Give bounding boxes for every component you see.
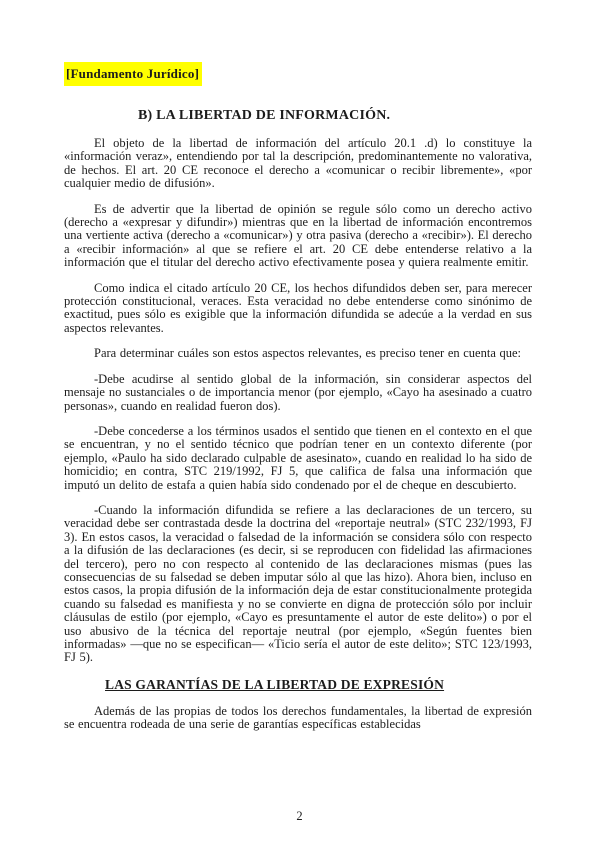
document-content: [Fundamento Jurídico] B) LA LIBERTAD DE … (64, 62, 532, 744)
paragraph-item-sentido-global: -Debe acudirse al sentido global de la i… (64, 373, 532, 413)
paragraph-garantias-intro: Además de las propias de todos los derec… (64, 705, 532, 732)
tag-line: [Fundamento Jurídico] (64, 62, 532, 86)
paragraph-objeto-libertad: El objeto de la libertad de información … (64, 137, 532, 191)
paragraph-item-terminos-contexto: -Debe concederse a los términos usados e… (64, 425, 532, 492)
page-number: 2 (0, 809, 599, 824)
paragraph-item-reportaje-neutral: -Cuando la información difundida se refi… (64, 504, 532, 665)
heading-garantias-libertad-expresion: LAS GARANTÍAS DE LA LIBERTAD DE EXPRESIÓ… (105, 677, 532, 693)
heading-libertad-de-informacion: B) LA LIBERTAD DE INFORMACIÓN. (138, 108, 532, 123)
document-page: [Fundamento Jurídico] B) LA LIBERTAD DE … (0, 0, 599, 848)
paragraph-veracidad: Como indica el citado artículo 20 CE, lo… (64, 282, 532, 336)
paragraph-advertir-opinion: Es de advertir que la libertad de opinió… (64, 203, 532, 270)
fundamento-juridico-tag: [Fundamento Jurídico] (64, 62, 202, 86)
paragraph-aspectos-relevantes: Para determinar cuáles son estos aspecto… (64, 347, 532, 360)
